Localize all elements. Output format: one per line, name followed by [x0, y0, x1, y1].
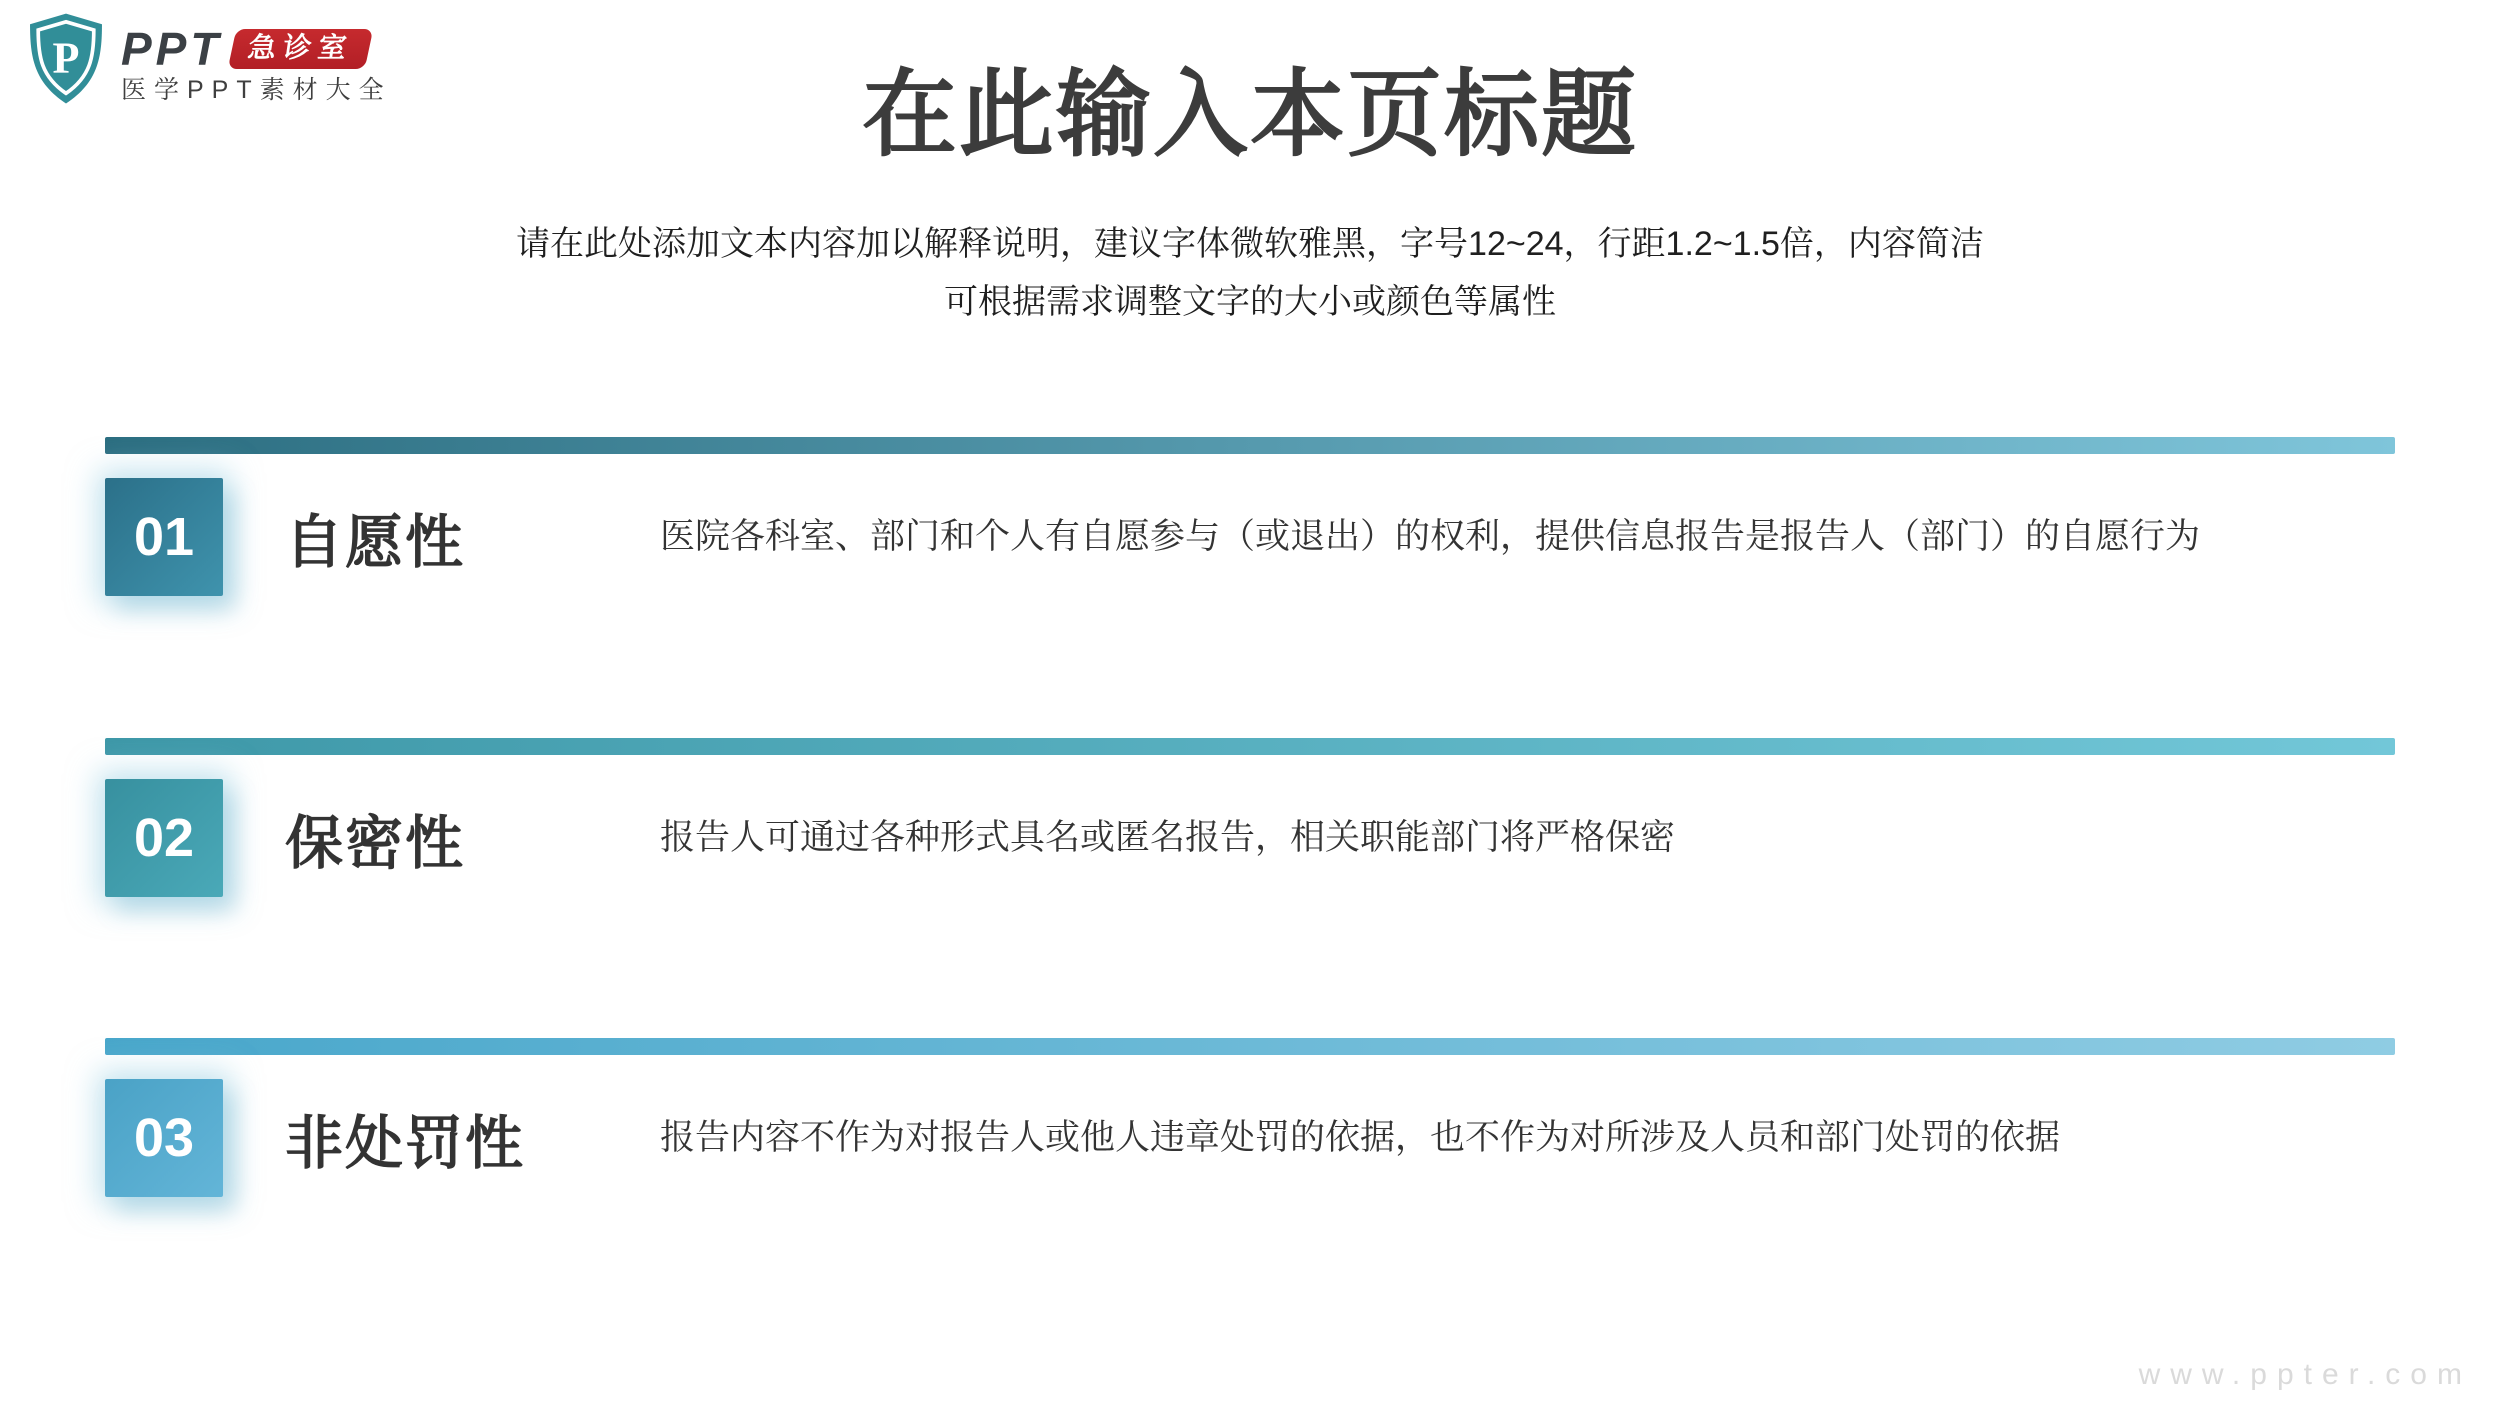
section-heading: 非处罚性	[223, 1096, 660, 1180]
section-description: 报告内容不作为对报告人或他人违章处罚的依据，也不作为对所涉及人员和部门处罚的依据	[660, 1108, 2395, 1168]
section-row: 02 保密性 报告人可通过各种形式具名或匿名报告，相关职能部门将严格保密	[105, 738, 2395, 897]
section-heading: 自愿性	[223, 495, 660, 579]
section-row: 03 非处罚性 报告内容不作为对报告人或他人违章处罚的依据，也不作为对所涉及人员…	[105, 1038, 2395, 1197]
watermark: www.ppter.com	[2139, 1358, 2472, 1392]
section-divider-bar	[105, 738, 2395, 755]
section-number-badge: 03	[105, 1079, 223, 1197]
section-divider-bar	[105, 437, 2395, 454]
page-subtitle-line1: 请在此处添加文本内容加以解释说明，建议字体微软雅黑，字号12~24，行距1.2~…	[0, 215, 2500, 273]
section-number-badge: 02	[105, 779, 223, 897]
section-description: 报告人可通过各种形式具名或匿名报告，相关职能部门将严格保密	[660, 808, 2395, 868]
page-title: 在此输入本页标题	[0, 58, 2500, 172]
page-subtitle: 请在此处添加文本内容加以解释说明，建议字体微软雅黑，字号12~24，行距1.2~…	[0, 215, 2500, 332]
section-heading: 保密性	[223, 796, 660, 880]
section-row: 01 自愿性 医院各科室、部门和个人有自愿参与（或退出）的权利，提供信息报告是报…	[105, 437, 2395, 596]
page-subtitle-line2: 可根据需求调整文字的大小或颜色等属性	[0, 273, 2500, 331]
section-number-badge: 01	[105, 478, 223, 596]
section-description: 医院各科室、部门和个人有自愿参与（或退出）的权利，提供信息报告是报告人（部门）的…	[660, 507, 2395, 567]
slide: P PPT 急诊室 医学PPT素材大全 在此输入本页标题 请在此处添加文本内容加…	[0, 0, 2500, 1406]
section-divider-bar	[105, 1038, 2395, 1055]
